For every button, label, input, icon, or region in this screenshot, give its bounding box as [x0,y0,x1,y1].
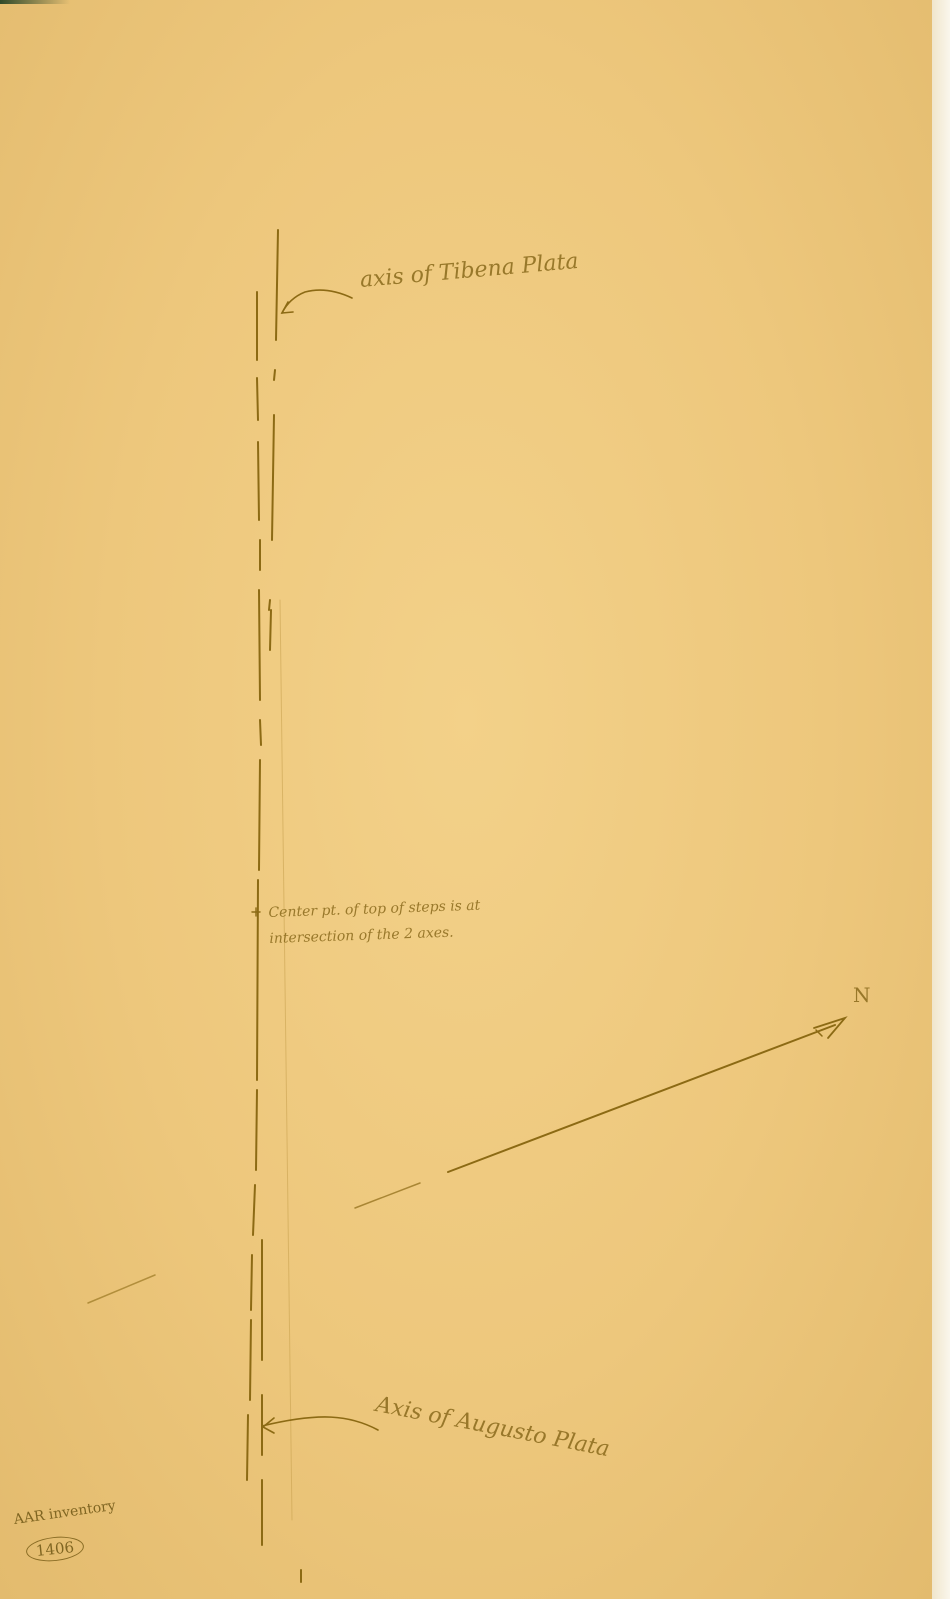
lower-axis-line [262,1240,301,1582]
tibena-axis-line [269,230,278,650]
faint-diagonal [88,1275,155,1303]
center-point-note: Center pt. of top of steps is at interse… [268,893,482,952]
augusto-axis-line [247,292,261,1480]
pencil-drawing [0,0,950,1599]
augusto-leader-arrow [262,1417,378,1433]
north-label: N [853,983,871,1007]
diagonal-axis-arrow [355,1018,845,1208]
tibena-leader-arrow [282,290,352,313]
